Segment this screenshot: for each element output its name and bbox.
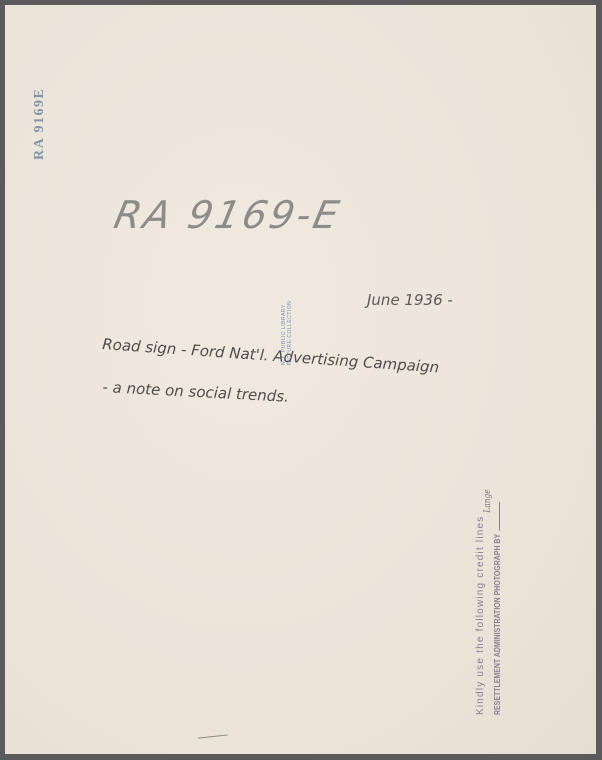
- credit-stamp-agency: RESETTLEMENT ADMINISTRATION PHOTOGRAPH B…: [490, 534, 504, 715]
- handwritten-caption-line2: - a note on social trends.: [102, 378, 289, 406]
- library-stamp-line2: PICTURE COLLECTION: [287, 285, 293, 365]
- handwritten-date: June 1936 -: [367, 291, 453, 309]
- photo-verso-paper: RA 9169E RA 9169-E June 1936 - Road sign…: [5, 5, 596, 754]
- credit-stamp-blank: Lange: [489, 502, 500, 531]
- library-stamp: N.Y. PUBLIC LIBRARY PICTURE COLLECTION: [281, 285, 293, 365]
- pencil-mark: [198, 734, 228, 740]
- stamp-catalog-id: RA 9169E: [32, 60, 52, 160]
- credit-photographer: Lange: [481, 489, 495, 512]
- handwritten-caption-line1: Road sign - Ford Nat'l. Advertising Camp…: [102, 335, 440, 376]
- handwritten-catalog-number: RA 9169-E: [110, 193, 345, 237]
- credit-stamp: Kindly use the following credit lines RE…: [473, 455, 503, 715]
- credit-stamp-line2: RESETTLEMENT ADMINISTRATION PHOTOGRAPH B…: [489, 502, 503, 715]
